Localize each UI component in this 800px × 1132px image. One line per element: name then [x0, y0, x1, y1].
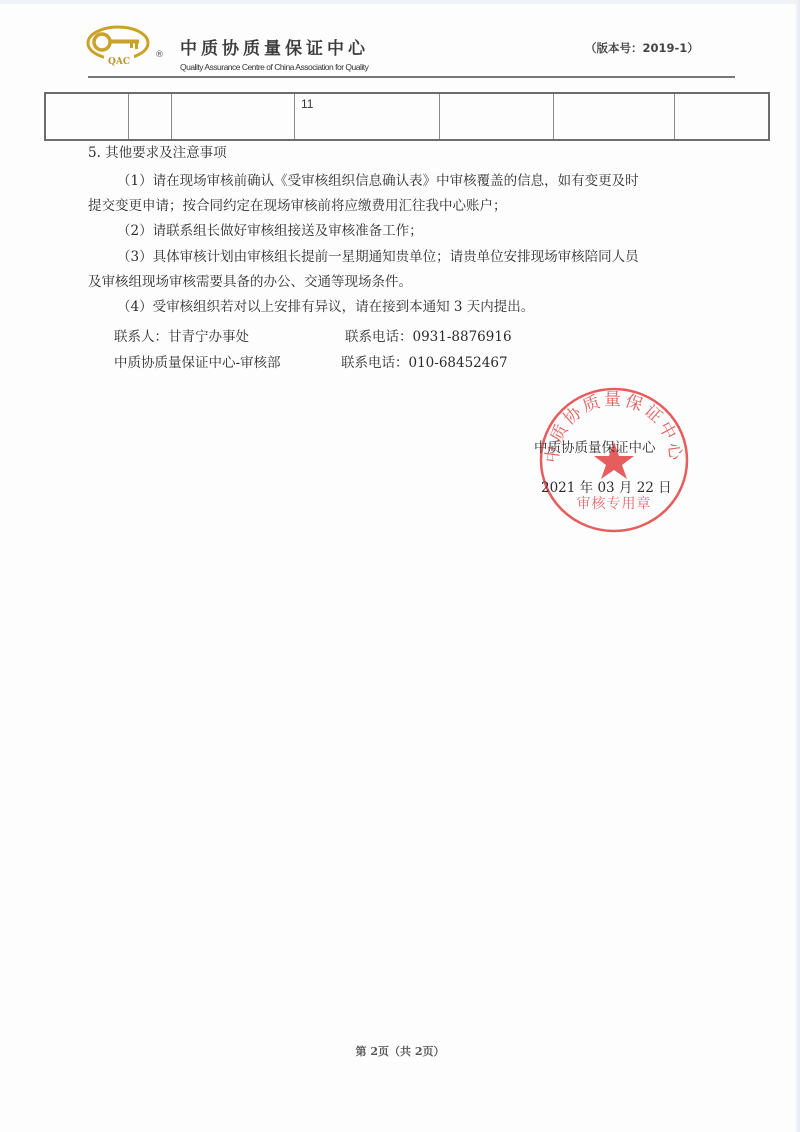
signature-date: 2021 年 03 月 22 日	[541, 476, 672, 496]
page-right-edge	[796, 0, 800, 1132]
table-cell	[172, 94, 295, 139]
table-cell	[440, 94, 554, 139]
schedule-table: 11	[44, 92, 770, 141]
contact-person: 联系人：甘青宁办事处	[114, 328, 249, 346]
qac-key-logo-icon: QAC	[86, 24, 152, 66]
contact-department: 中质协质量保证中心-审核部	[114, 354, 281, 372]
org-name-en: Quality Assurance Centre of China Associ…	[180, 62, 368, 72]
page-indicator: 第 2页（共 2页）	[0, 1043, 800, 1059]
requirement-item-1-line-2: 提交变更申请；按合同约定在现场审核前将应缴费用汇往我中心账户；	[88, 197, 507, 215]
requirement-item-3-line-2: 及审核组现场审核需要具备的办公、交通等现场条件。	[88, 273, 412, 291]
header-divider	[88, 76, 735, 78]
contact-phone-2: 联系电话：010-68452467	[341, 354, 508, 372]
requirement-item-2: （2）请联系组长做好审核组接送及审核准备工作；	[117, 222, 423, 240]
section-title: 5. 其他要求及注意事项	[88, 144, 227, 162]
registered-mark: ®	[155, 50, 164, 60]
table-cell	[129, 94, 172, 139]
svg-text:审核专用章: 审核专用章	[577, 495, 652, 512]
signature-org: 中质协质量保证中心	[534, 436, 656, 456]
table-cell: 11	[295, 94, 440, 139]
page-top-edge	[0, 0, 800, 4]
requirement-item-1-line-1: （1）请在现场审核前确认《受审核组织信息确认表》中审核覆盖的信息，如有变更及时	[117, 172, 639, 190]
requirement-item-3-line-1: （3）具体审核计划由审核组长提前一星期通知贵单位；请贵单位安排现场审核陪同人员	[117, 248, 639, 266]
svg-text:QAC: QAC	[108, 57, 130, 66]
table-cell	[554, 94, 675, 139]
contact-phone-1: 联系电话：0931-8876916	[345, 328, 512, 346]
requirement-item-4: （4）受审核组织若对以上安排有异议，请在接到本通知 3 天内提出。	[117, 298, 534, 316]
version-number: （版本号：2019-1）	[585, 40, 699, 56]
table-cell	[46, 94, 129, 139]
table-cell	[675, 94, 768, 139]
org-name-cn: 中质协质量保证中心	[180, 34, 369, 59]
official-seal-icon: 中质协质量保证中心 审核专用章	[538, 386, 690, 534]
